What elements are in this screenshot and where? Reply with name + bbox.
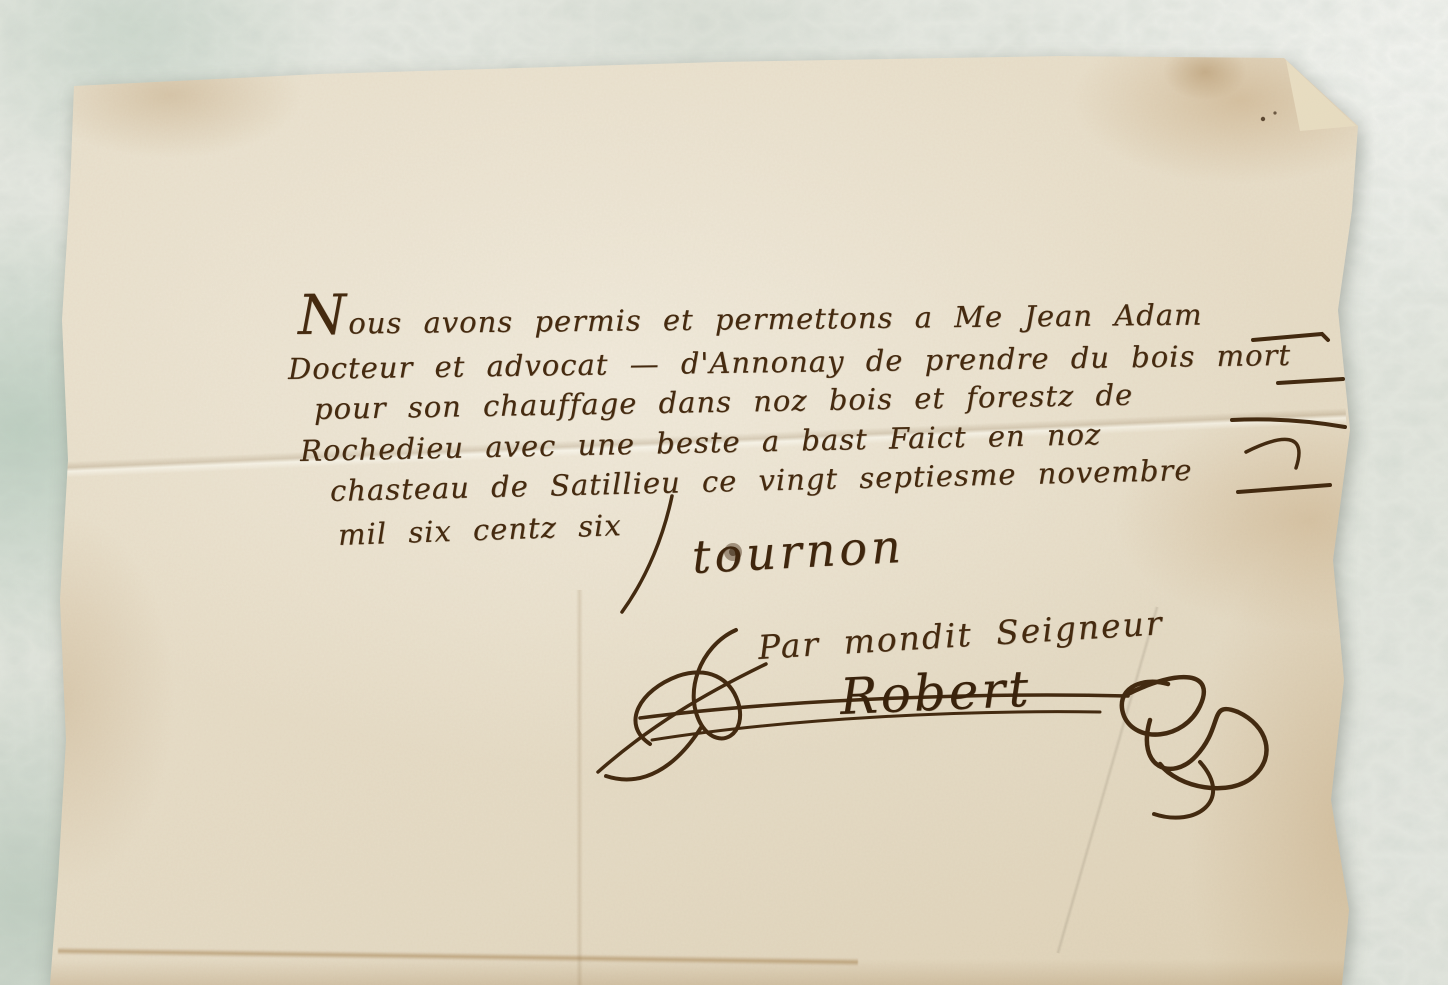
filler-rule-line3 (1232, 419, 1345, 427)
robert-paraph-loop1 (1122, 677, 1204, 734)
robert-paraph-loop2 (1147, 709, 1267, 788)
date-slash-flourish (622, 496, 672, 612)
filler-rule-line2 (1278, 379, 1343, 383)
end-flourish-line4 (1246, 439, 1299, 468)
filler-rule-line5 (1238, 485, 1330, 492)
photo-of-manuscript: Nous avons permis et permettons a Me Jea… (0, 0, 1448, 985)
signature-tournon: tournon (691, 519, 906, 584)
ink-speck-2 (1273, 111, 1276, 114)
ink-speck-1 (1261, 117, 1265, 121)
signature-robert: Robert (839, 660, 1033, 726)
